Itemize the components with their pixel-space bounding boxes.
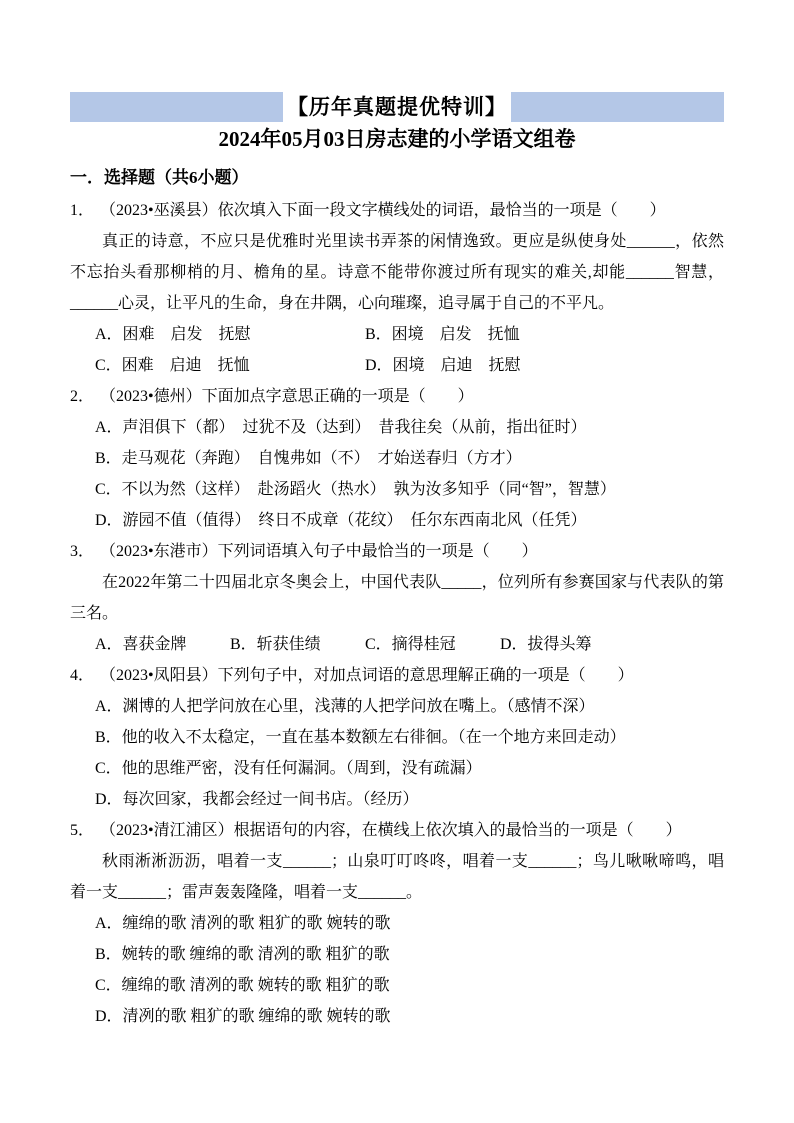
question-1-option-a: A．困难 启发 抚慰 bbox=[95, 319, 365, 350]
banner-band: 【历年真题提优特训】 bbox=[70, 92, 724, 122]
question-2-option-c: C．不以为然（这样） 赴汤蹈火（热水） 孰为汝多知乎（同“智”，智慧） bbox=[70, 474, 724, 505]
question-1-stem: 1．（2023•巫溪县）依次填入下面一段文字横线处的词语，最恰当的一项是（ ） bbox=[70, 195, 724, 226]
section-heading: 一．选择题（共6小题） bbox=[70, 162, 724, 193]
question-4-options: A．渊博的人把学问放在心里，浅薄的人把学问放在嘴上。（感情不深） B．他的收入不… bbox=[70, 691, 724, 815]
question-1-passage: 真正的诗意，不应只是优雅时光里读书弄茶的闲情逸致。更应是纵使身处______，依… bbox=[70, 226, 724, 319]
document-title: 2024年05月03日房志建的小学语文组卷 bbox=[70, 124, 724, 154]
question-1-option-b: B．困境 启发 抚恤 bbox=[365, 319, 724, 350]
question-3-option-b: B．斩获佳绩 bbox=[230, 629, 365, 660]
question-3-option-a: A．喜获金牌 bbox=[95, 629, 230, 660]
question-2: 2．（2023•德州）下面加点字意思正确的一项是（ ） A．声泪俱下（都） 过犹… bbox=[70, 381, 724, 536]
question-2-option-b: B．走马观花（奔跑） 自愧弗如（不） 才始送春归（方才） bbox=[70, 443, 724, 474]
question-4-option-a: A．渊博的人把学问放在心里，浅薄的人把学问放在嘴上。（感情不深） bbox=[70, 691, 724, 722]
question-2-stem: 2．（2023•德州）下面加点字意思正确的一项是（ ） bbox=[70, 381, 724, 412]
question-5: 5．（2023•清江浦区）根据语句的内容，在横线上依次填入的最恰当的一项是（ ）… bbox=[70, 815, 724, 1032]
question-4-stem: 4．（2023•凤阳县）下列句子中，对加点词语的意思理解正确的一项是（ ） bbox=[70, 660, 724, 691]
question-3-stem: 3．（2023•东港市）下列词语填入句子中最恰当的一项是（ ） bbox=[70, 536, 724, 567]
question-2-option-a: A．声泪俱下（都） 过犹不及（达到） 昔我往矣（从前，指出征时） bbox=[70, 412, 724, 443]
question-1-option-d: D．困境 启迪 抚慰 bbox=[365, 350, 724, 381]
question-3-options: A．喜获金牌 B．斩获佳绩 C．摘得桂冠 D．拔得头筹 bbox=[70, 629, 724, 660]
question-4-stem-text: （2023•凤阳县）下列句子中，对加点词语的意思理解正确的一项是（ ） bbox=[100, 667, 634, 684]
question-3-option-c: C．摘得桂冠 bbox=[365, 629, 500, 660]
question-5-stem: 5．（2023•清江浦区）根据语句的内容，在横线上依次填入的最恰当的一项是（ ） bbox=[70, 815, 724, 846]
question-1-number: 1． bbox=[70, 195, 100, 226]
question-2-stem-text: （2023•德州）下面加点字意思正确的一项是（ ） bbox=[100, 388, 474, 405]
question-4: 4．（2023•凤阳县）下列句子中，对加点词语的意思理解正确的一项是（ ） A．… bbox=[70, 660, 724, 815]
question-1-option-c: C．困难 启迪 抚恤 bbox=[95, 350, 365, 381]
question-3-stem-text: （2023•东港市）下列词语填入句子中最恰当的一项是（ ） bbox=[100, 543, 538, 560]
question-1-stem-text: （2023•巫溪县）依次填入下面一段文字横线处的词语，最恰当的一项是（ ） bbox=[100, 202, 666, 219]
question-4-option-d: D．每次回家，我都会经过一间书店。（经历） bbox=[70, 784, 724, 815]
question-5-stem-text: （2023•清江浦区）根据语句的内容，在横线上依次填入的最恰当的一项是（ ） bbox=[100, 822, 682, 839]
question-1: 1．（2023•巫溪县）依次填入下面一段文字横线处的词语，最恰当的一项是（ ） … bbox=[70, 195, 724, 381]
question-2-number: 2． bbox=[70, 381, 100, 412]
question-3-passage: 在2022年第二十四届北京冬奥会上，中国代表队_____，位列所有参赛国家与代表… bbox=[70, 567, 724, 629]
question-5-number: 5． bbox=[70, 815, 100, 846]
question-4-option-c: C．他的思维严密，没有任何漏洞。（周到，没有疏漏） bbox=[70, 753, 724, 784]
exam-document-page: 【历年真题提优特训】 2024年05月03日房志建的小学语文组卷 一．选择题（共… bbox=[0, 0, 794, 1123]
question-2-option-d: D．游园不值（值得） 终日不成章（花纹） 任尔东西南北风（任凭） bbox=[70, 505, 724, 536]
question-3: 3．（2023•东港市）下列词语填入句子中最恰当的一项是（ ） 在2022年第二… bbox=[70, 536, 724, 660]
question-3-number: 3． bbox=[70, 536, 100, 567]
question-5-passage: 秋雨淅淅沥沥，唱着一支______；山泉叮叮咚咚，唱着一支______；鸟儿啾啾… bbox=[70, 846, 724, 908]
question-5-options: A．缠绵的歌 清冽的歌 粗犷的歌 婉转的歌 B．婉转的歌 缠绵的歌 清冽的歌 粗… bbox=[70, 908, 724, 1032]
question-2-options: A．声泪俱下（都） 过犹不及（达到） 昔我往矣（从前，指出征时） B．走马观花（… bbox=[70, 412, 724, 536]
question-4-option-b: B．他的收入不太稳定，一直在基本数额左右徘徊。（在一个地方来回走动） bbox=[70, 722, 724, 753]
question-4-number: 4． bbox=[70, 660, 100, 691]
question-5-option-c: C．缠绵的歌 清冽的歌 婉转的歌 粗犷的歌 bbox=[70, 970, 724, 1001]
question-5-option-d: D．清冽的歌 粗犷的歌 缠绵的歌 婉转的歌 bbox=[70, 1001, 724, 1032]
question-3-option-d: D．拔得头筹 bbox=[500, 629, 724, 660]
banner-title: 【历年真题提优特训】 bbox=[283, 92, 511, 122]
question-5-option-a: A．缠绵的歌 清冽的歌 粗犷的歌 婉转的歌 bbox=[70, 908, 724, 939]
question-5-option-b: B．婉转的歌 缠绵的歌 清冽的歌 粗犷的歌 bbox=[70, 939, 724, 970]
question-1-options: A．困难 启发 抚慰 B．困境 启发 抚恤 C．困难 启迪 抚恤 D．困境 启迪… bbox=[70, 319, 724, 381]
